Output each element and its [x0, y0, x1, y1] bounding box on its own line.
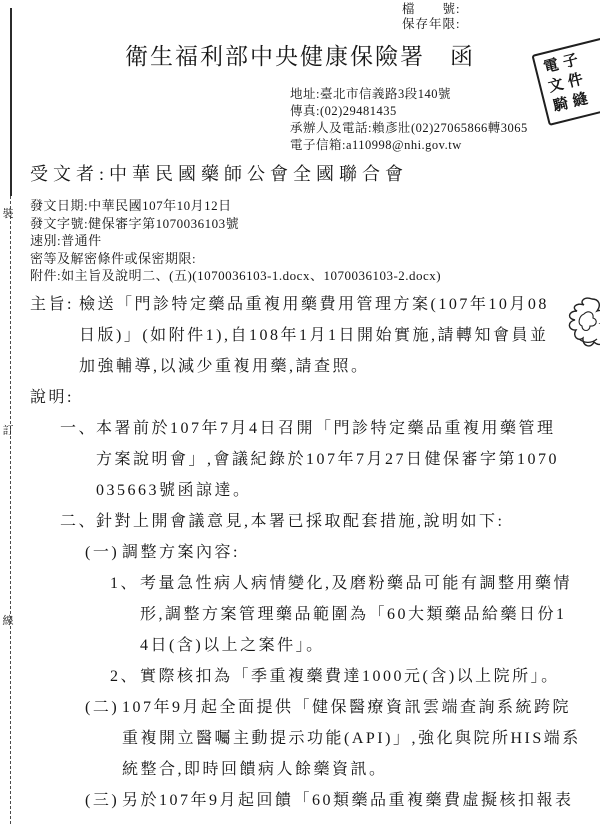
- para-label: 1、: [110, 568, 140, 599]
- para-text: 107年9月起全面提供「健保醫療資訊雲端查詢系統跨院重複開立醫囑主動提示功能(A…: [122, 699, 581, 778]
- meta-line: 發文日期:中華民國107年10月12日: [30, 197, 441, 215]
- para-l2: (一)調整方案內容:: [85, 537, 582, 568]
- para-text: 考量急性病人病情變化,及磨粉藥品可能有調整用藥情形,調整方案管理藥品範圍為「60…: [140, 575, 572, 654]
- binding-mark: 裝: [0, 205, 16, 221]
- contact-line: 傳真:(02)29481435: [290, 103, 528, 120]
- para-label: 一、: [60, 413, 96, 444]
- para-label: 主旨:: [30, 289, 79, 320]
- binding-line-solid: [10, 8, 12, 196]
- doc-body: 主旨:檢送「門診特定藥品重複用藥費用管理方案(107年10月08日版)」(如附件…: [0, 289, 600, 816]
- meta-line: 附件:如主旨及說明二、(五)(1070036103-1.docx、1070036…: [30, 267, 441, 285]
- recipient-line: 受文者:中華民國藥師公會全國聯合會: [30, 160, 408, 186]
- para-label: (一): [85, 537, 122, 568]
- document-title: 衛生福利部中央健康保險署 函: [0, 38, 600, 71]
- para-label: 說明:: [30, 382, 74, 413]
- para-l1: 一、本署前於107年7月4日召開「門診特定藥品重複用藥管理方案說明會」,會議紀錄…: [60, 413, 566, 506]
- file-number-block: 檔 號: 保存年限:: [402, 2, 460, 32]
- contact-block: 地址:臺北市信義路3段140號傳真:(02)29481435承辦人及電話:賴彥壯…: [290, 86, 528, 154]
- para-subject: 主旨:檢送「門診特定藥品重複用藥費用管理方案(107年10月08日版)」(如附件…: [30, 289, 556, 382]
- contact-line: 地址:臺北市信義路3段140號: [290, 86, 528, 103]
- meta-block: 發文日期:中華民國107年10月12日發文字號:健保審字第1070036103號…: [30, 197, 441, 285]
- contact-line: 承辦人及電話:賴彥壯(02)27065866轉3065: [290, 120, 528, 137]
- para-label: (三): [85, 785, 122, 816]
- para-text: 調整方案內容:: [122, 544, 240, 561]
- meta-line: 發文字號:健保審字第1070036103號: [30, 215, 441, 233]
- para-text: 本署前於107年7月4日召開「門診特定藥品重複用藥管理方案說明會」,會議紀錄於1…: [96, 420, 559, 499]
- para-text: 另於107年9月起回饋「60類藥品重複藥費虛擬核扣報表: [122, 792, 574, 809]
- para-label: 二、: [60, 506, 96, 537]
- official-letter-page: 裝訂線 檔 號: 保存年限: 衛生福利部中央健康保險署 函 電子文件騎縫 地址:…: [0, 0, 600, 824]
- para-text: 檢送「門診特定藥品重複用藥費用管理方案(107年10月08日版)」(如附件1),…: [79, 296, 549, 375]
- para-text: 實際核扣為「季重複藥費達1000元(含)以上院所」。: [140, 668, 560, 685]
- para-l1: 二、針對上開會議意見,本署已採取配套措施,說明如下:: [60, 506, 566, 537]
- para-label: 2、: [110, 661, 140, 692]
- para-l2: (二)107年9月起全面提供「健保醫療資訊雲端查詢系統跨院重複開立醫囑主動提示功…: [85, 692, 582, 785]
- para-l3: 1、考量急性病人病情變化,及磨粉藥品可能有調整用藥情形,調整方案管理藥品範圍為「…: [110, 568, 575, 661]
- para-heading: 說明:: [30, 382, 600, 413]
- retention-period-label: 保存年限:: [402, 17, 460, 32]
- para-label: (二): [85, 692, 122, 723]
- meta-line: 速別:普通件: [30, 232, 441, 250]
- para-l2: (三)另於107年9月起回饋「60類藥品重複藥費虛擬核扣報表: [85, 785, 582, 816]
- para-text: 針對上開會議意見,本署已採取配套措施,說明如下:: [96, 513, 504, 530]
- contact-line: 電子信箱:a110998@nhi.gov.tw: [290, 137, 528, 154]
- meta-line: 密等及解密條件或保密期限:: [30, 250, 441, 268]
- file-number-label: 檔 號:: [402, 2, 460, 17]
- para-l3: 2、實際核扣為「季重複藥費達1000元(含)以上院所」。: [110, 661, 575, 692]
